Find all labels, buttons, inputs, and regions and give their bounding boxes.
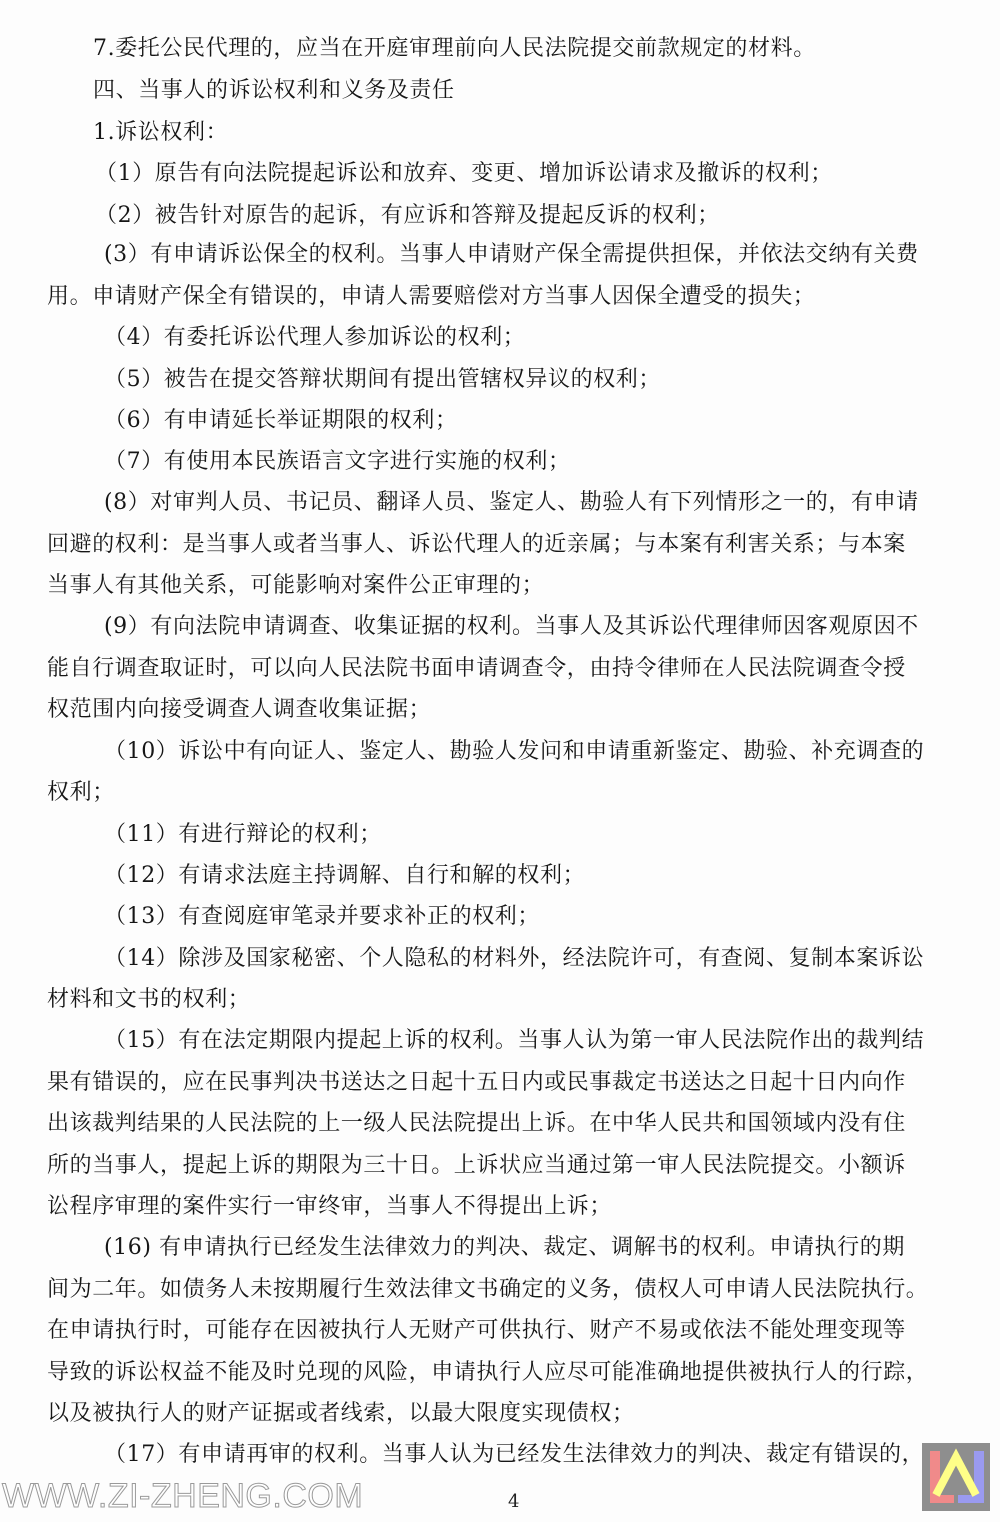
- text-line: （14）除涉及国家秘密、个人隐私的材料外，经法院许可，有查阅、复制本案诉讼: [104, 944, 924, 974]
- text-line: 材料和文书的权利；: [47, 985, 250, 1015]
- chevron-up-icon: [922, 1443, 990, 1511]
- text-line: 果有错误的，应在民事判决书送达之日起十五日内或民事裁定书送达之日起十日内向作: [47, 1068, 906, 1098]
- text-line: （11）有进行辩论的权利；: [104, 820, 382, 850]
- text-line: （4）有委托诉讼代理人参加诉讼的权利；: [104, 323, 525, 353]
- text-line: （17）有申请再审的权利。当事人认为已经发生法律效力的判决、裁定有错误的，: [104, 1440, 924, 1470]
- text-line: （6）有申请延长举证期限的权利；: [104, 406, 458, 436]
- text-line: （5）被告在提交答辩状期间有提出管辖权异议的权利；: [104, 365, 661, 395]
- text-line: 权利；: [47, 778, 115, 808]
- text-line: (8）对审判人员、书记员、翻译人员、鉴定人、勘验人有下列情形之一的，有申请: [104, 488, 919, 518]
- text-line: 间为二年。如债务人未按期履行生效法律文书确定的义务，债权人可申请人民法院执行。: [47, 1275, 928, 1305]
- text-line: （10）诉讼中有向证人、鉴定人、勘验人发问和申请重新鉴定、勘验、补充调查的: [104, 737, 924, 767]
- page-number: 4: [508, 1490, 519, 1514]
- text-line: 出该裁判结果的人民法院的上一级人民法院提出上诉。在中华人民共和国领域内没有住: [47, 1109, 906, 1139]
- text-line: 讼程序审理的案件实行一审终审，当事人不得提出上诉；: [47, 1192, 612, 1222]
- text-line: 以及被执行人的财产证据或者线索，以最大限度实现债权；: [47, 1399, 635, 1429]
- text-line: （1）原告有向法院提起诉讼和放弃、变更、增加诉讼请求及撤诉的权利；: [95, 159, 833, 189]
- text-line: 用。申请财产保全有错误的，申请人需要赔偿对方当事人因保全遭受的损失；: [47, 282, 815, 312]
- text-line: （7）有使用本民族语言文字进行实施的权利；: [104, 447, 571, 477]
- text-line: (9）有向法院申请调查、收集证据的权利。当事人及其诉讼代理律师因客观原因不: [104, 612, 919, 642]
- text-line: （13）有查阅庭审笔录并要求补正的权利；: [104, 902, 540, 932]
- zi-zheng-logo-icon: [922, 1443, 990, 1511]
- text-line: 当事人有其他关系，可能影响对案件公正审理的；: [47, 571, 544, 601]
- text-line: （15）有在法定期限内提起上诉的权利。当事人认为第一审人民法院作出的裁判结: [104, 1026, 924, 1056]
- text-line: 权范围内向接受调查人调查收集证据；: [47, 695, 431, 725]
- text-line: 1.诉讼权利：: [93, 118, 228, 148]
- text-line: (3）有申请诉讼保全的权利。当事人申请财产保全需提供担保，并依法交纳有关费: [104, 240, 919, 270]
- text-line: 7.委托公民代理的，应当在开庭审理前向人民法院提交前款规定的材料。: [93, 34, 816, 64]
- text-line: 四、当事人的诉讼权利和义务及责任: [93, 76, 455, 106]
- text-line: （2）被告针对原告的起诉，有应诉和答辩及提起反诉的权利；: [95, 201, 720, 231]
- document-page: 7.委托公民代理的，应当在开庭审理前向人民法院提交前款规定的材料。四、当事人的诉…: [0, 0, 1000, 1522]
- text-line: 所的当事人，提起上诉的期限为三十日。上诉状应当通过第一审人民法院提交。小额诉: [47, 1151, 906, 1181]
- text-line: 导致的诉讼权益不能及时兑现的风险，申请执行人应尽可能准确地提供被执行人的行踪，: [47, 1358, 928, 1388]
- text-line: （12）有请求法庭主持调解、自行和解的权利；: [104, 861, 585, 891]
- text-line: 在申请执行时，可能存在因被执行人无财产可供执行、财产不易或依法不能处理变现等: [47, 1316, 906, 1346]
- text-line: (16) 有申请执行已经发生法律效力的判决、裁定、调解书的权利。申请执行的期: [104, 1233, 905, 1263]
- site-watermark: WWW.ZI-ZHENG.COM: [2, 1476, 363, 1516]
- text-line: 回避的权利：是当事人或者当事人、诉讼代理人的近亲属；与本案有利害关系；与本案: [47, 530, 906, 560]
- text-line: 能自行调查取证时，可以向人民法院书面申请调查令，由持令律师在人民法院调查令授: [47, 654, 906, 684]
